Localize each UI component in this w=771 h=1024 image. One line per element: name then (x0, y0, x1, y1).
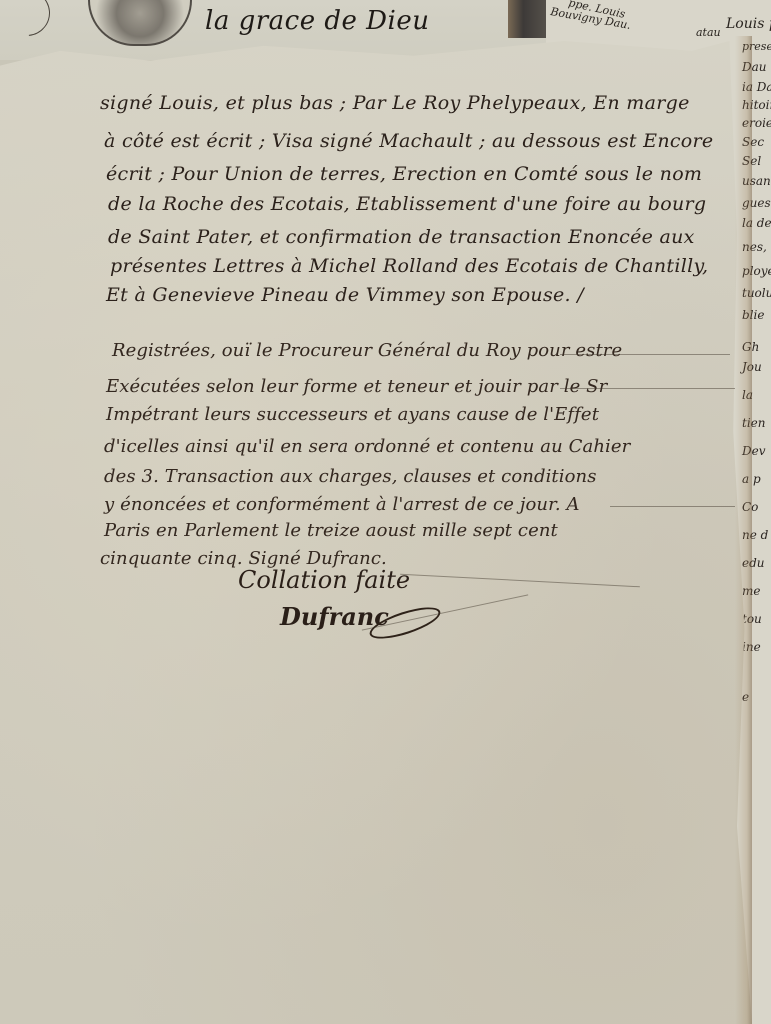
binding-gap (508, 0, 546, 38)
line-filler-rule (560, 388, 735, 389)
royal-seal-icon (88, 0, 192, 46)
underlying-line: Louis p (726, 16, 771, 32)
margin-flourish-icon (0, 0, 59, 45)
manuscript-line: écrit ; Pour Union de terres, Erection e… (106, 163, 702, 185)
manuscript-line: Impétrant leurs successeurs et ayans cau… (106, 404, 599, 425)
manuscript-line: des 3. Transaction aux charges, clauses … (104, 466, 597, 487)
manuscript-line: à côté est écrit ; Visa signé Machault ;… (104, 130, 713, 152)
manuscript-line: Exécutées selon leur forme et teneur et … (106, 376, 607, 397)
manuscript-line: de la Roche des Ecotais, Etablissement d… (108, 193, 706, 215)
manuscript-line: y énoncées et conformément à l'arrest de… (104, 494, 580, 515)
underlying-line: atau (696, 26, 721, 39)
manuscript-line: de Saint Pater, et confirmation de trans… (108, 226, 695, 248)
printed-heading: la grace de Dieu (205, 6, 429, 36)
manuscript-line: Registrées, ouï le Procureur Général du … (112, 340, 622, 361)
manuscript-line: Et à Genevieve Pineau de Vimmey son Epou… (106, 284, 584, 306)
manuscript-line: présentes Lettres à Michel Rolland des E… (110, 255, 708, 277)
manuscript-line: d'icelles ainsi qu'il en sera ordonné et… (104, 436, 630, 457)
collation-attestation: Collation faite (238, 566, 410, 594)
manuscript-line: signé Louis, et plus bas ; Par Le Roy Ph… (100, 92, 690, 114)
sheet-edge-stain (735, 36, 752, 1024)
line-filler-rule (560, 354, 730, 355)
line-filler-rule (610, 506, 735, 507)
manuscript-line: Paris en Parlement le treize aoust mille… (104, 520, 558, 541)
